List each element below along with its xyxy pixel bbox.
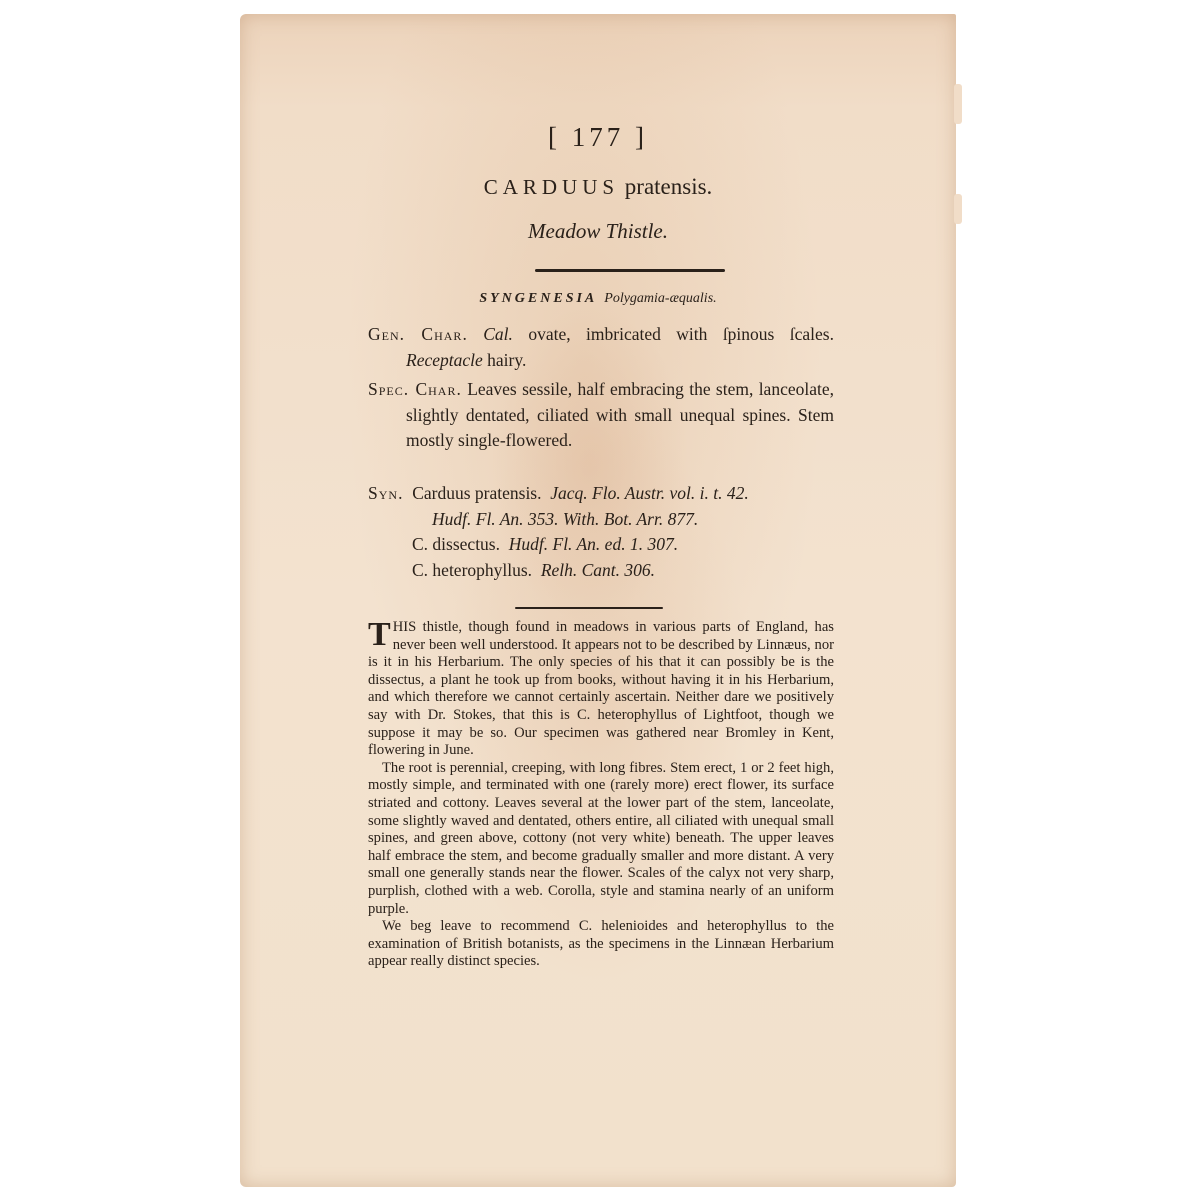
body-paragraph: THIS thistle, though found in meadows in… (368, 619, 834, 760)
divider-rule (515, 607, 663, 609)
classification-class: SYNGENESIA (479, 291, 597, 306)
body-paragraph: The root is perennial, creeping, with lo… (368, 760, 834, 918)
body-paragraph: We beg leave to recommend C. helenioides… (368, 918, 834, 971)
specific-character-label: Spec. Char. (368, 379, 462, 399)
description-body: THIS thistle, though found in meadows in… (368, 619, 834, 971)
synonym-name: C. dissectus. (412, 534, 500, 554)
synonym-reference: Jacq. Flo. Austr. vol. i. t. 42. (550, 483, 748, 503)
synonym-entry: Syn. Carduus pratensis. Jacq. Flo. Austr… (368, 481, 834, 507)
synonym-name: Carduus pratensis. (412, 483, 541, 503)
paragraph-text: HIS thistle, though found in meadows in … (368, 619, 834, 758)
synonyms: Syn. Carduus pratensis. Jacq. Flo. Austr… (368, 481, 834, 583)
generic-character-text-2: hairy. (487, 350, 526, 370)
synonyms-label: Syn. (368, 483, 403, 503)
drop-cap: T (368, 621, 391, 649)
generic-character-text-1: ovate, imbricated with ſpinous ſcales. (528, 324, 834, 344)
synonym-entry: Hudf. Fl. An. 353. With. Bot. Arr. 877. (368, 507, 834, 533)
synonym-reference: Hudf. Fl. An. ed. 1. 307. (509, 534, 678, 554)
italic-term: Cal. (483, 324, 513, 344)
synonym-reference: Hudf. Fl. An. 353. With. Bot. Arr. 877. (432, 509, 698, 529)
title-genus: CARDUUS (484, 175, 619, 199)
generic-character: Gen. Char. Cal. ovate, imbricated with ſ… (368, 322, 834, 373)
italic-term: Receptacle (406, 350, 483, 370)
torn-edge (954, 84, 962, 124)
specific-character-text: Leaves sessile, half embracing the stem,… (406, 379, 834, 450)
divider-rule (535, 269, 725, 272)
classification-order: Polygamia-æqualis. (604, 291, 716, 306)
page-number: [ 177 ] (240, 122, 956, 153)
common-name: Meadow Thistle. (240, 219, 956, 244)
synonym-entry: C. heterophyllus. Relh. Cant. 306. (368, 558, 834, 584)
title-species: pratensis. (625, 174, 713, 199)
synonym-entry: C. dissectus. Hudf. Fl. An. ed. 1. 307. (368, 532, 834, 558)
synonym-name: C. heterophyllus. (412, 560, 532, 580)
synonym-reference: Relh. Cant. 306. (541, 560, 655, 580)
page-title: CARDUUS pratensis. (240, 174, 956, 200)
specific-character: Spec. Char. Leaves sessile, half embraci… (368, 377, 834, 454)
book-page: [ 177 ] CARDUUS pratensis. Meadow Thistl… (240, 14, 956, 1187)
classification: SYNGENESIA Polygamia-æqualis. (240, 291, 956, 307)
generic-character-label: Gen. Char. (368, 324, 468, 344)
